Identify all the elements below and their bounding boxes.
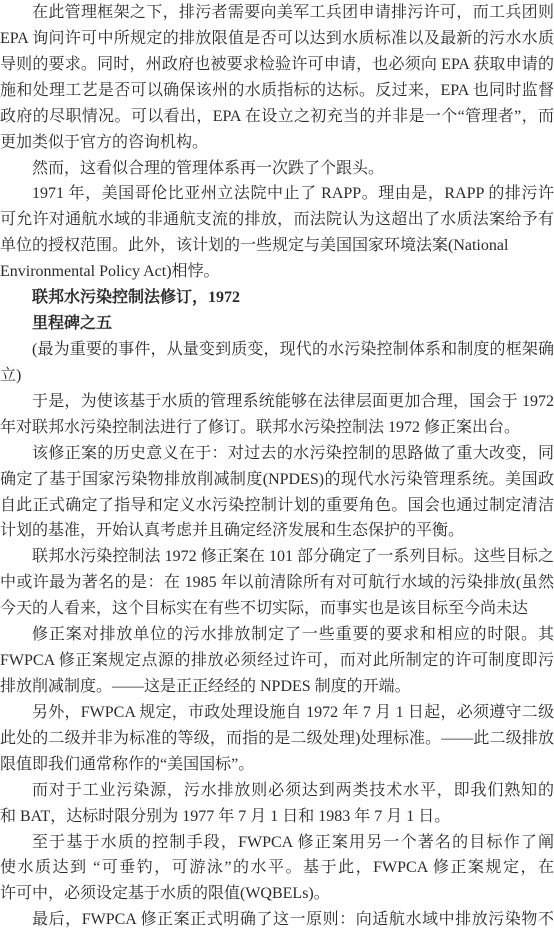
heading-line: 里程碑之五 bbox=[0, 311, 554, 337]
text-line: 单位的授权范围。此外，该计划的一些规定与美国国家环境法案(National bbox=[0, 233, 554, 259]
text-line: 此处的二级并非为标准的等级，而指的是二级处理)处理标准。——此二级排放 bbox=[0, 726, 554, 752]
text-line: 计划的基准，开始认真考虑并且确定经济发展和生态保护的平衡。 bbox=[0, 518, 554, 544]
text-line: 中或许最为著名的是：在 1985 年以前清除所有对可航行水域的污染排放(虽然在 bbox=[0, 570, 554, 596]
text-line: 于是，为使该基于水质的管理系统能够在法律层面更加合理，国会于 1972 bbox=[0, 389, 554, 415]
text-line: 修正案对排放单位的污水排放制定了一些重要的要求和相应的时限。其中， bbox=[0, 622, 554, 648]
text-line: (最为重要的事件，从量变到质变，现代的水污染控制体系和制度的框架确 bbox=[0, 337, 554, 363]
text-line: 联邦水污染控制法 1972 修正案在 101 部分确定了一系列目标。这些目标之 bbox=[0, 544, 554, 570]
text-line: 和 BAT，达标时限分别为 1977 年 7 月 1 日和 1983 年 7 月… bbox=[0, 804, 554, 830]
text-line: 许可中，必须设定基于水质的限值(WQBELs)。 bbox=[0, 881, 554, 907]
document-page: 在此管理框架之下，排污者需要向美军工兵团申请排污许可，而工兵团则向 EPA 询问… bbox=[0, 0, 554, 934]
text-line: 确定了基于国家污染物排放削减制度(NPDES)的现代水污染管理系统。美国政府 bbox=[0, 467, 554, 493]
text-line: 自此正式确定了指导和定义水污染控制计划的重要角色。国会也通过制定清洁水 bbox=[0, 493, 554, 519]
text-line: 最后，FWPCA 修正案正式明确了这一原则：向适航水域中排放污染物不是一 bbox=[0, 907, 554, 933]
text-line: 1971 年，美国哥伦比亚州立法院中止了 RAPP。理由是，RAPP 的排污许可… bbox=[0, 181, 554, 207]
text-line: EPA 询问许可中所规定的排放限值是否可以达到水质标准以及最新的污水水质 bbox=[0, 26, 554, 52]
text-line: 今天的人看来，这个目标实在有些不切实际，而事实也是该目标至今尚未达到)。 bbox=[0, 596, 554, 622]
text-line: 而对于工业污染源，污水排放则必须达到两类技术水平，即我们熟知的 BPT bbox=[0, 778, 554, 804]
text-line: 该修正案的历史意义在于：对过去的水污染控制的思路做了重大改变，同时 bbox=[0, 441, 554, 467]
text-line: 排放削减制度。——这是正正经经的 NPDES 制度的开端。 bbox=[0, 674, 554, 700]
text-line: 更加类似于官方的咨询机构。 bbox=[0, 130, 554, 156]
text-line: 政府的尽职情况。可以看出，EPA 在设立之初充当的并非是一个“管理者”，而 bbox=[0, 104, 554, 130]
text-line: 然而，这看似合理的管理体系再一次跌了个跟头。 bbox=[0, 156, 554, 182]
text-line: 年对联邦水污染控制法进行了修订。联邦水污染控制法 1972 修正案出台。 bbox=[0, 415, 554, 441]
text-line: 立) bbox=[0, 363, 554, 389]
text-line: Environmental Policy Act)相悖。 bbox=[0, 259, 554, 285]
text-line: 至于基于水质的控制手段，FWPCA 修正案用另一个著名的目标作了阐释：要 bbox=[0, 830, 554, 856]
text-line: 在此管理框架之下，排污者需要向美军工兵团申请排污许可，而工兵团则向 bbox=[0, 0, 554, 26]
text-line: 施和处理工艺是否可以确保该州的水质指标的达标。反过来，EPA 也同时监督州 bbox=[0, 78, 554, 104]
heading-line: 联邦水污染控制法修订，1972 bbox=[0, 285, 554, 311]
text-line: 可允许对通航水域的非通航支流的排放，而法院认为这超出了水质法案给予有关 bbox=[0, 207, 554, 233]
text-line: 限值即我们通常称作的“美国国标”。 bbox=[0, 752, 554, 778]
text-line: 使水质达到 “可垂钓，可游泳”的水平。基于此，FWPCA 修正案规定，在 NPD… bbox=[0, 855, 554, 881]
text-line: FWPCA 修正案规定点源的排放必须经过许可，而对此所制定的许可制度即污染物 bbox=[0, 648, 554, 674]
text-line: 导则的要求。同时，州政府也被要求检验许可申请，也必须向 EPA 获取申请的设 bbox=[0, 52, 554, 78]
text-line: 另外，FWPCA 规定，市政处理设施自 1972 年 7 月 1 日起，必须遵守… bbox=[0, 700, 554, 726]
